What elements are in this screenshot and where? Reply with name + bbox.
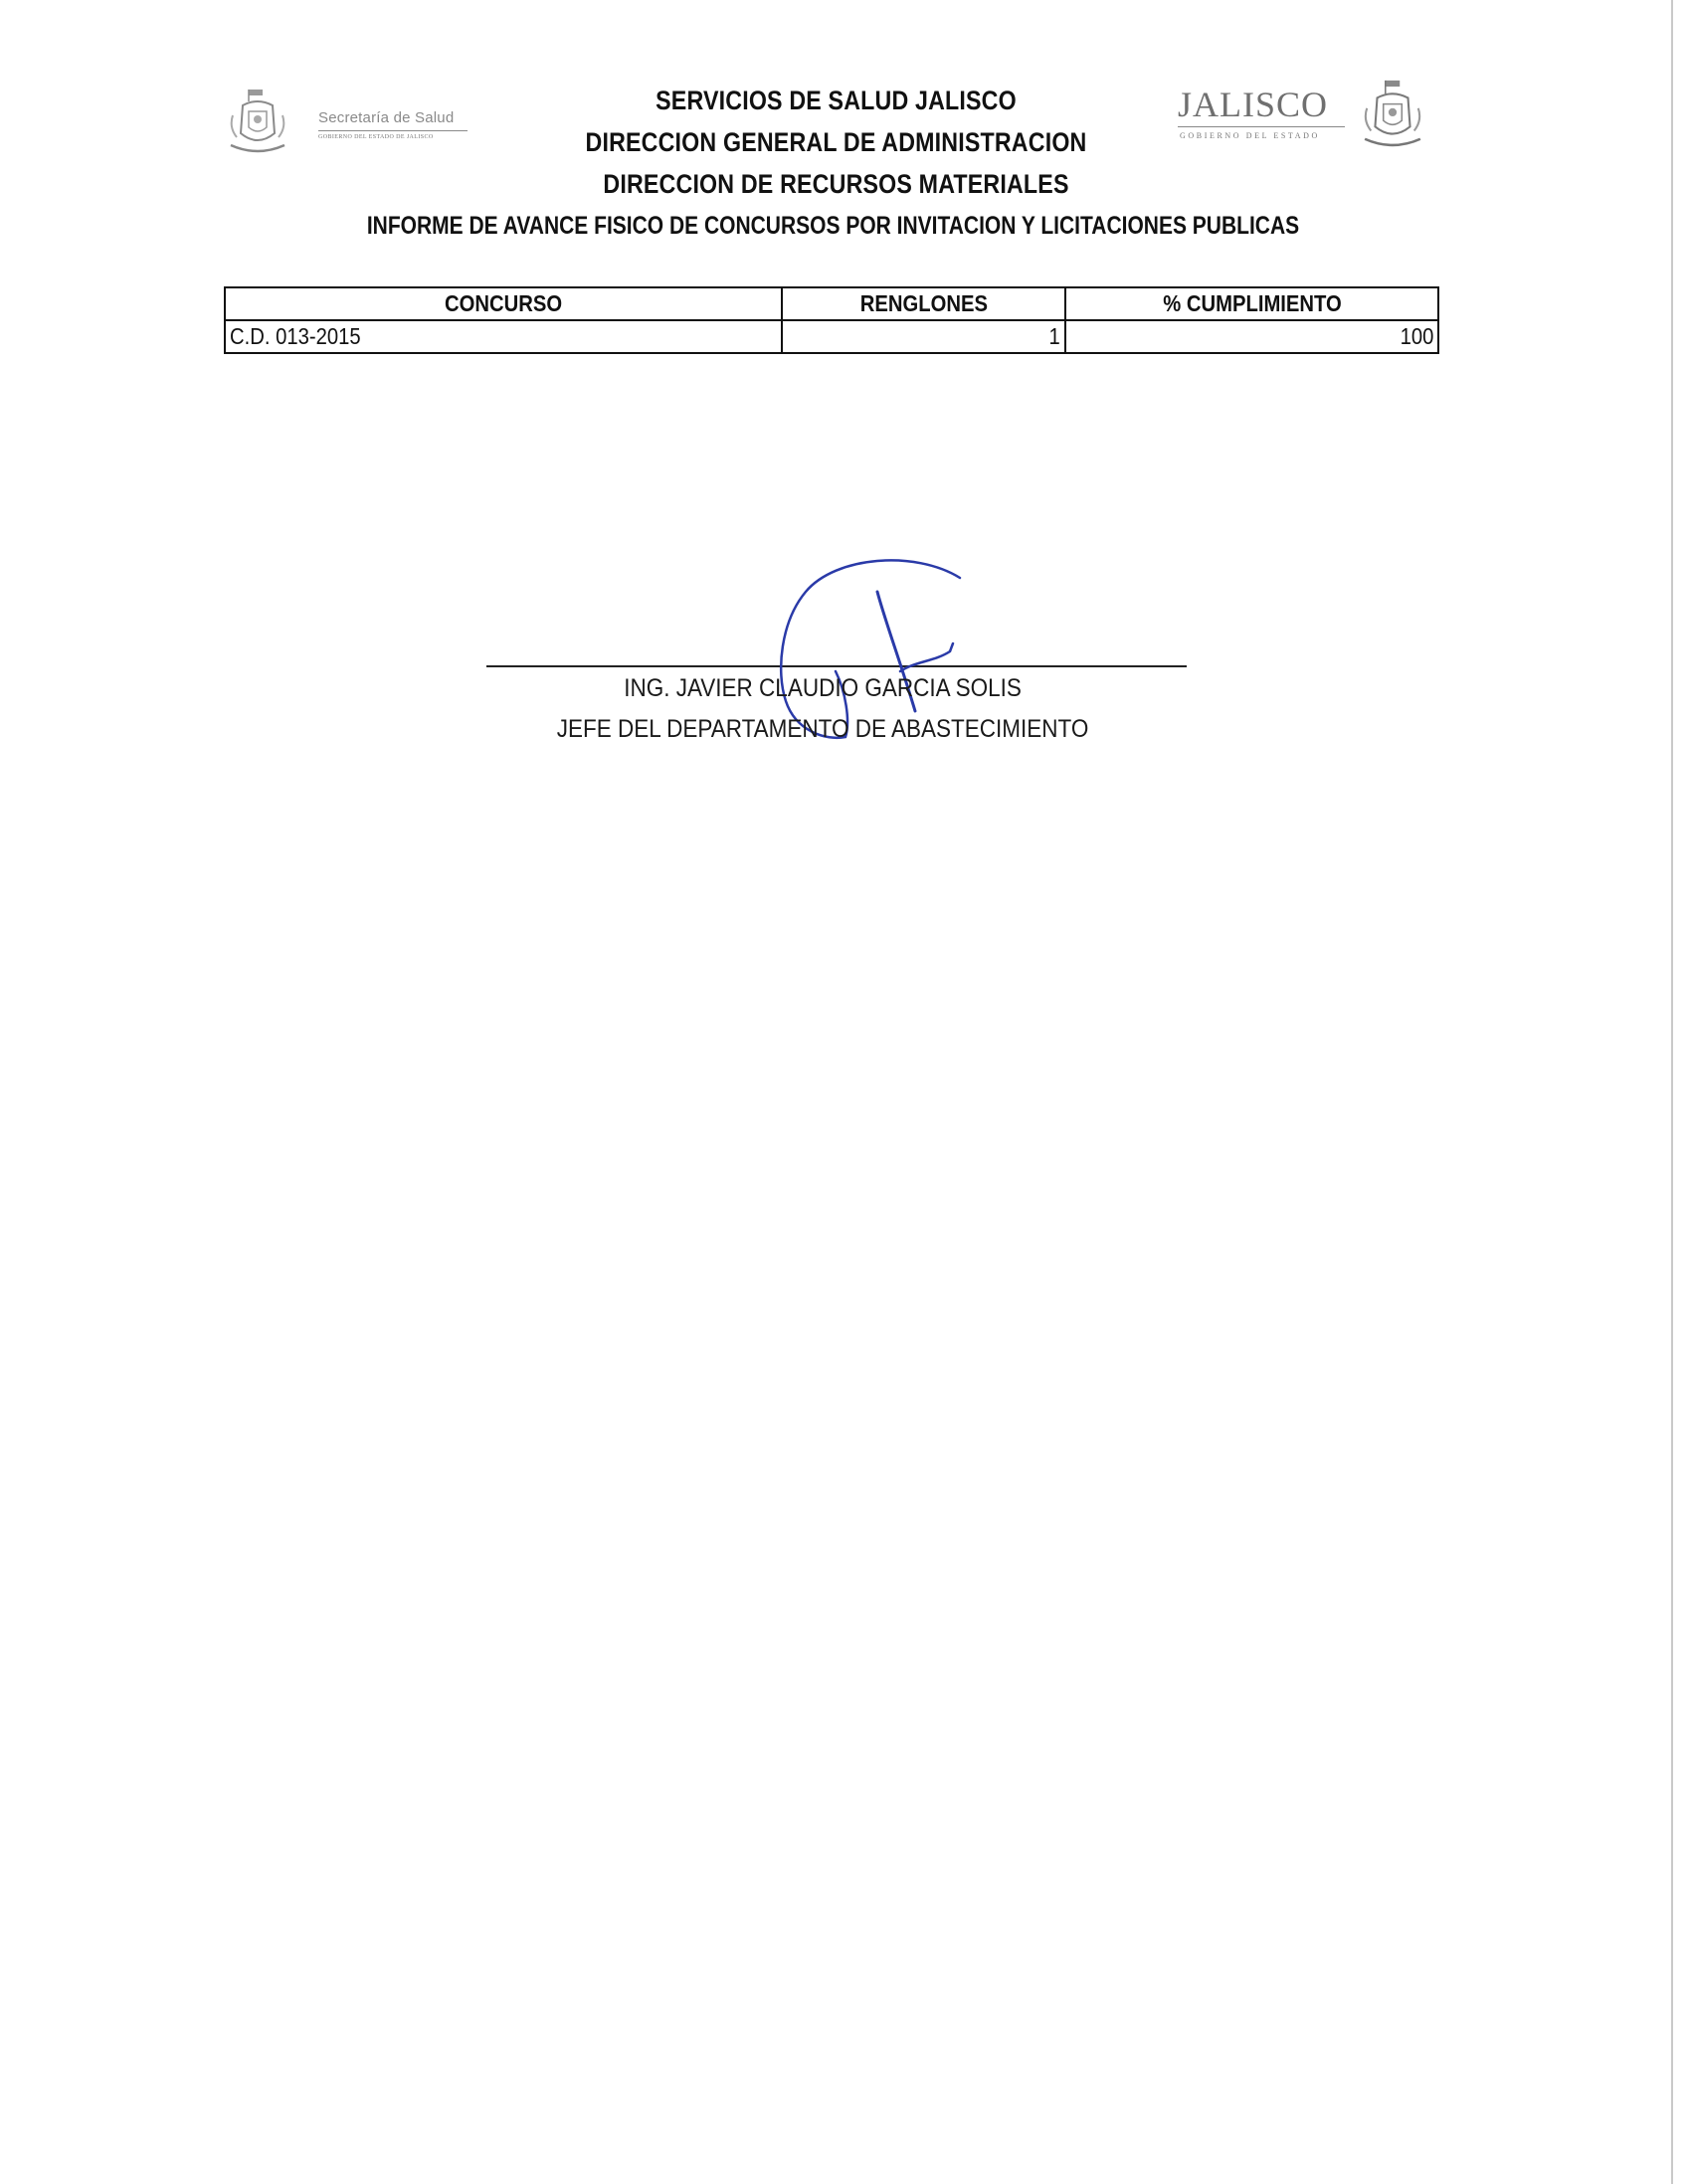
report-title: INFORME DE AVANCE FISICO DE CONCURSOS PO… <box>113 205 1553 247</box>
column-header-cumplimiento: % CUMPLIMIENTO <box>1065 287 1438 320</box>
progress-table: CONCURSO RENGLONES % CUMPLIMIENTO C.D. 0… <box>224 286 1439 354</box>
direction-resources-title: DIRECCION DE RECURSOS MATERIALES <box>101 163 1571 205</box>
signer-name: ING. JAVIER CLAUDIO GARCIA SOLIS <box>0 674 1668 703</box>
table-header-row: CONCURSO RENGLONES % CUMPLIMIENTO <box>225 287 1438 320</box>
organization-title: SERVICIOS DE SALUD JALISCO <box>101 80 1571 121</box>
cell-renglones: 1 <box>782 320 1065 353</box>
table-row: C.D. 013-2015 1 100 <box>225 320 1438 353</box>
scan-edge-line <box>1671 0 1673 2184</box>
cell-cumplimiento: 100 <box>1065 320 1438 353</box>
column-header-renglones: RENGLONES <box>782 287 1065 320</box>
direction-general-title: DIRECCION GENERAL DE ADMINISTRACION <box>101 121 1571 163</box>
cell-concurso: C.D. 013-2015 <box>225 320 782 353</box>
signer-role: JEFE DEL DEPARTAMENTO DE ABASTECIMIENTO <box>0 715 1668 744</box>
column-header-concurso: CONCURSO <box>225 287 782 320</box>
document-header: SERVICIOS DE SALUD JALISCO DIRECCION GEN… <box>0 80 1690 247</box>
